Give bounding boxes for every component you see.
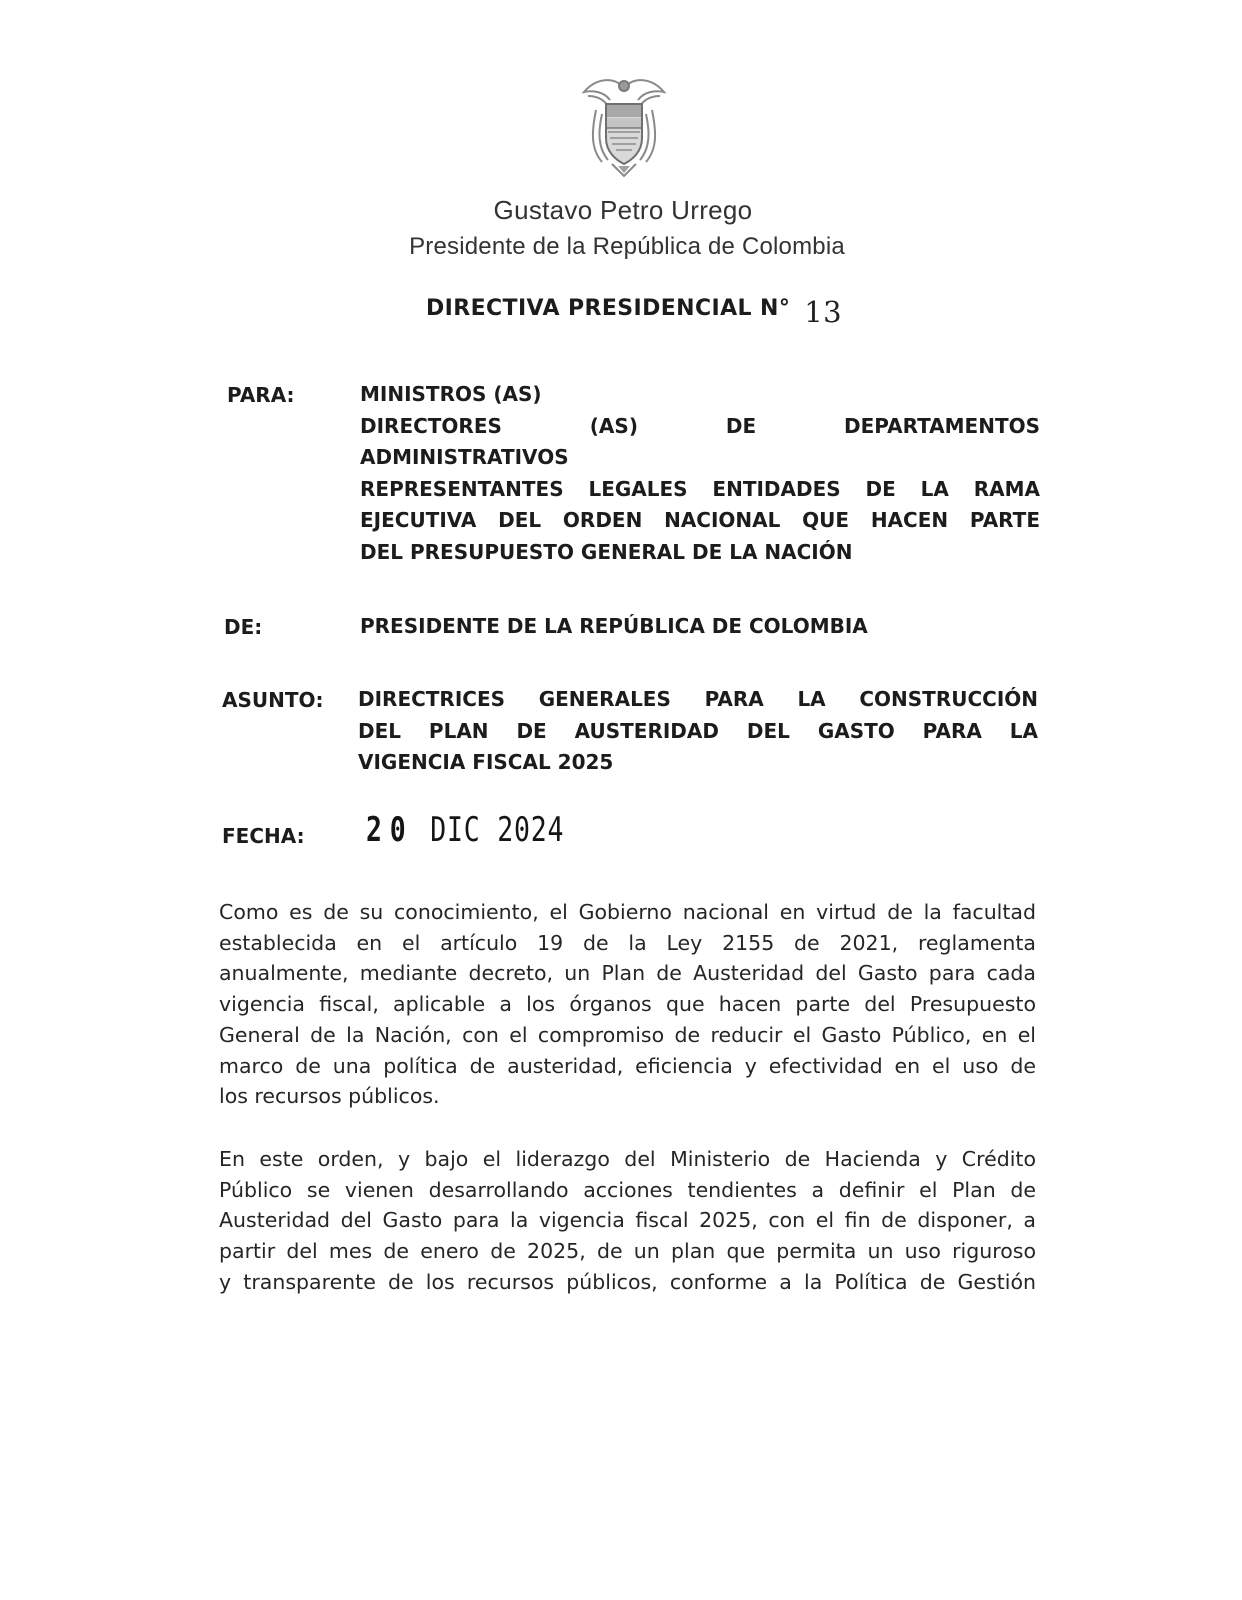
date-stamp-month-year: DIC 2024 [430,810,564,850]
field-value-para: MINISTROS (AS) DIRECTORES (AS) DE DEPART… [360,379,1040,568]
subject-line: DIRECTRICES GENERALES PARA LA CONSTRUCCI… [358,684,1038,716]
paragraph-line: establecida en el artículo 19 de la Ley … [219,928,1036,959]
document-title: DIRECTIVA PRESIDENCIAL N°13 [426,288,842,322]
field-value-de: PRESIDENTE DE LA REPÚBLICA DE COLOMBIA [360,611,1040,643]
recipient-line: DIRECTORES (AS) DE DEPARTAMENTOS [360,411,1040,443]
paragraph-line: General de la Nación, con el compromiso … [219,1020,1036,1051]
date-stamp-day: 20 [366,810,414,850]
recipient-line: DEL PRESUPUESTO GENERAL DE LA NACIÓN [360,537,1040,569]
recipient-line: REPRESENTANTES LEGALES ENTIDADES DE LA R… [360,474,1040,506]
field-label-asunto: ASUNTO: [222,688,324,712]
recipient-line: ADMINISTRATIVOS [360,442,1040,474]
signatory-name: Gustavo Petro Urrego [0,195,1242,226]
field-label-para: PARA: [227,383,295,407]
signatory-role: Presidente de la República de Colombia [0,233,1242,261]
document-type: DIRECTIVA PRESIDENCIAL N° [426,296,790,321]
recipient-line: MINISTROS (AS) [360,379,1040,411]
body-paragraph-1: Como es de su conocimiento, el Gobierno … [219,897,1036,1112]
paragraph-line: Público se vienen desarrollando acciones… [219,1175,1036,1206]
paragraph-line: los recursos públicos. [219,1081,1036,1112]
subject-line: VIGENCIA FISCAL 2025 [358,747,1038,779]
paragraph-line: partir del mes de enero de 2025, de un p… [219,1236,1036,1267]
field-value-asunto: DIRECTRICES GENERALES PARA LA CONSTRUCCI… [358,684,1038,779]
document-number: 13 [804,295,842,329]
sender-line: PRESIDENTE DE LA REPÚBLICA DE COLOMBIA [360,611,1040,643]
field-label-de: DE: [224,615,262,639]
paragraph-line: anualmente, mediante decreto, un Plan de… [219,958,1036,989]
paragraph-line: Austeridad del Gasto para la vigencia fi… [219,1205,1036,1236]
date-stamp: 20 DIC 2024 [366,810,564,850]
paragraph-line: Como es de su conocimiento, el Gobierno … [219,897,1036,928]
paragraph-line: En este orden, y bajo el liderazgo del M… [219,1144,1036,1175]
document-page: Gustavo Petro Urrego Presidente de la Re… [0,0,1242,1600]
subject-line: DEL PLAN DE AUSTERIDAD DEL GASTO PARA LA [358,716,1038,748]
recipient-line: EJECUTIVA DEL ORDEN NACIONAL QUE HACEN P… [360,505,1040,537]
paragraph-line: marco de una política de austeridad, efi… [219,1051,1036,1082]
coat-of-arms-icon [574,70,674,178]
paragraph-line: vigencia fiscal, aplicable a los órganos… [219,989,1036,1020]
body-paragraph-2: En este orden, y bajo el liderazgo del M… [219,1144,1036,1298]
field-label-fecha: FECHA: [222,824,305,848]
paragraph-line: y transparente de los recursos públicos,… [219,1267,1036,1298]
